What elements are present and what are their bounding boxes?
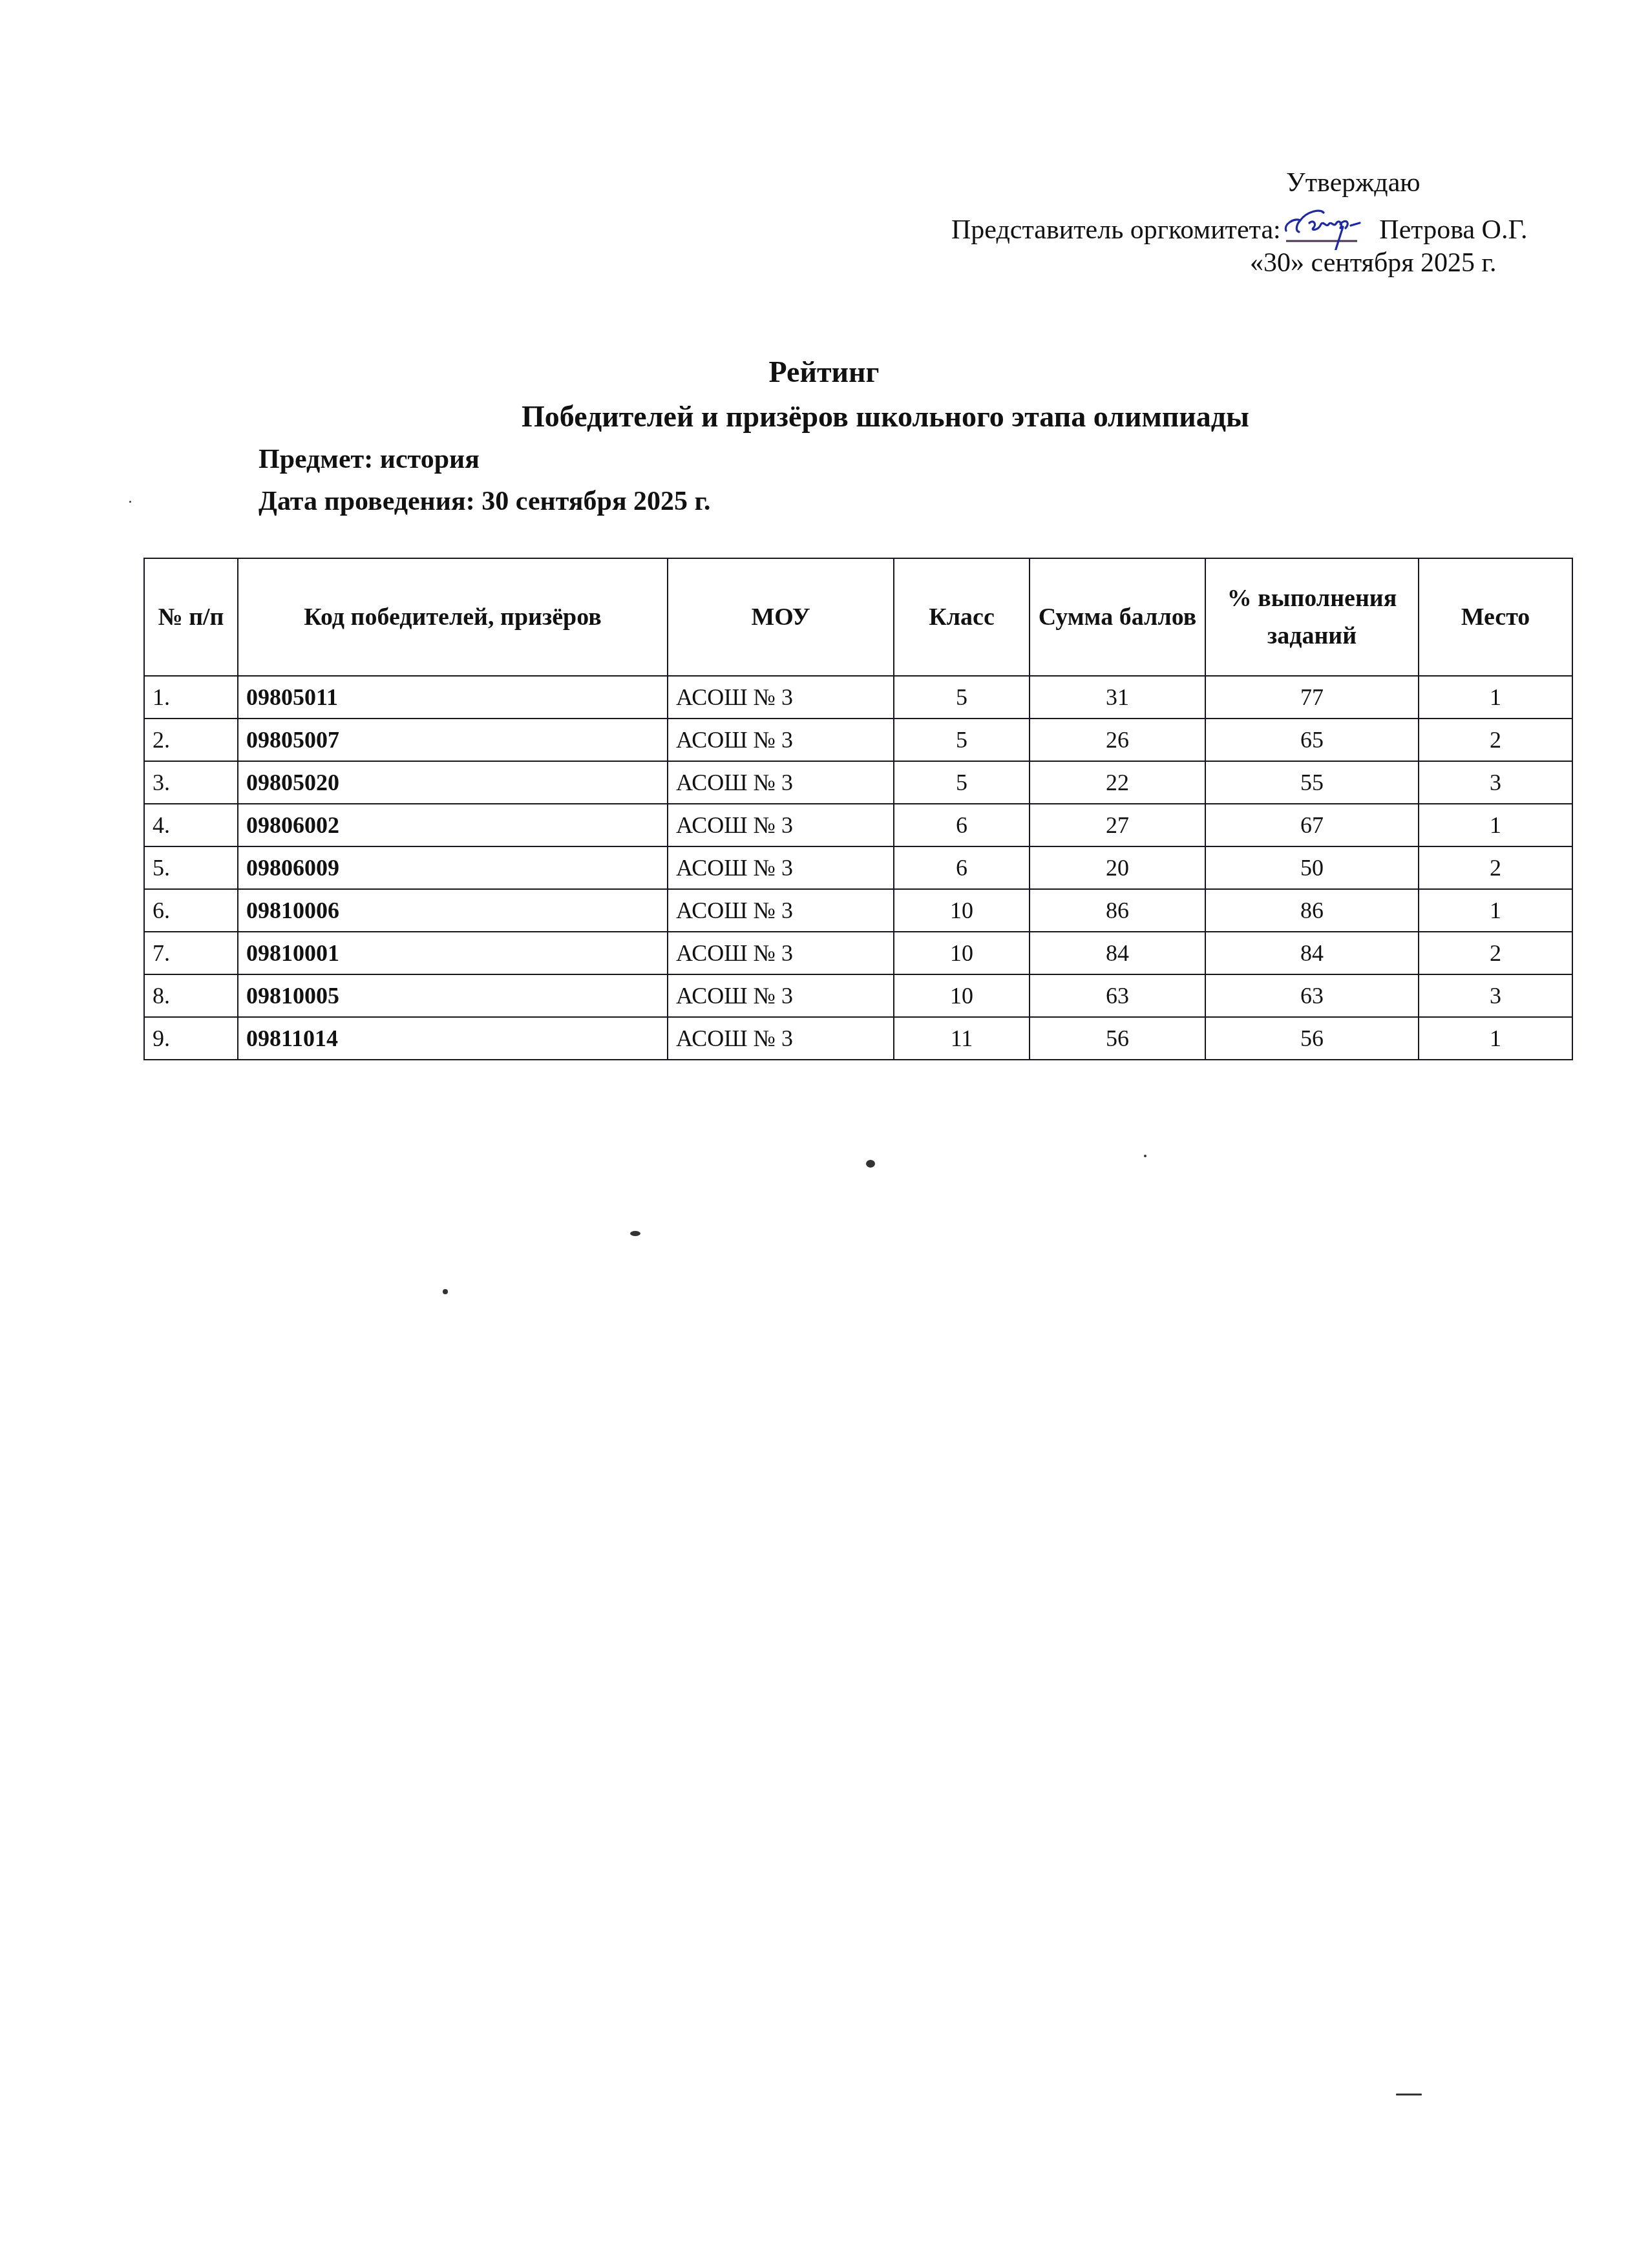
table-cell-grade: 5 xyxy=(894,761,1030,804)
table-row: 8.09810005АСОШ № 31063633 xyxy=(144,974,1572,1017)
approval-title: Утверждаю xyxy=(1286,169,1421,196)
table-cell-place: 2 xyxy=(1419,846,1572,889)
table-cell-code: 09805020 xyxy=(238,761,668,804)
table-cell-place: 1 xyxy=(1419,804,1572,846)
table-cell-score: 27 xyxy=(1030,804,1205,846)
scan-speck xyxy=(443,1289,448,1294)
signature-icon xyxy=(1281,211,1373,238)
representative-label: Представитель оргкомитета: xyxy=(951,215,1281,245)
table-cell-grade: 6 xyxy=(894,846,1030,889)
subject-line: Предмет: история xyxy=(259,446,480,473)
table-cell-place: 1 xyxy=(1419,889,1572,932)
table-cell-grade: 5 xyxy=(894,676,1030,719)
table-cell-grade: 10 xyxy=(894,974,1030,1017)
table-row: 9.09811014АСОШ № 31156561 xyxy=(144,1017,1572,1060)
table-row: 6.09810006АСОШ № 31086861 xyxy=(144,889,1572,932)
table-cell-place: 3 xyxy=(1419,974,1572,1017)
table-cell-percent: 84 xyxy=(1205,932,1419,974)
table-cell-code: 09806009 xyxy=(238,846,668,889)
header-school: МОУ xyxy=(668,558,894,676)
table-cell-school: АСОШ № 3 xyxy=(668,761,894,804)
scan-speck xyxy=(1396,2094,1422,2095)
table-cell-num: 5. xyxy=(144,846,238,889)
header-score: Сумма баллов xyxy=(1030,558,1205,676)
table-cell-code: 09805007 xyxy=(238,719,668,761)
table-cell-num: 8. xyxy=(144,974,238,1017)
scan-speck xyxy=(1144,1155,1146,1157)
table-cell-code: 09810005 xyxy=(238,974,668,1017)
scan-speck xyxy=(129,501,131,503)
table-cell-place: 2 xyxy=(1419,719,1572,761)
table-row: 2.09805007АСОШ № 3526652 xyxy=(144,719,1572,761)
header-percent: % выполнения заданий xyxy=(1205,558,1419,676)
table-row: 3.09805020АСОШ № 3522553 xyxy=(144,761,1572,804)
table-cell-code: 09810001 xyxy=(238,932,668,974)
table-cell-school: АСОШ № 3 xyxy=(668,676,894,719)
table-cell-school: АСОШ № 3 xyxy=(668,974,894,1017)
approval-date: «30» сентября 2025 г. xyxy=(1250,249,1497,277)
scan-speck xyxy=(866,1160,875,1168)
table-header-row: № п/п Код победителей, призёров МОУ Клас… xyxy=(144,558,1572,676)
table-cell-percent: 50 xyxy=(1205,846,1419,889)
document-title: Рейтинг xyxy=(0,357,1648,387)
table-cell-score: 84 xyxy=(1030,932,1205,974)
table-cell-percent: 55 xyxy=(1205,761,1419,804)
table-cell-school: АСОШ № 3 xyxy=(668,889,894,932)
representative-name: Петрова О.Г. xyxy=(1379,215,1527,245)
table-cell-score: 22 xyxy=(1030,761,1205,804)
table-cell-percent: 65 xyxy=(1205,719,1419,761)
table-cell-school: АСОШ № 3 xyxy=(668,846,894,889)
table-cell-num: 1. xyxy=(144,676,238,719)
header-num: № п/п xyxy=(144,558,238,676)
table-row: 1.09805011АСОШ № 3531771 xyxy=(144,676,1572,719)
table-cell-num: 9. xyxy=(144,1017,238,1060)
table-cell-school: АСОШ № 3 xyxy=(668,804,894,846)
document-subtitle: Победителей и призёров школьного этапа о… xyxy=(0,402,1648,432)
table-cell-score: 86 xyxy=(1030,889,1205,932)
table-cell-score: 63 xyxy=(1030,974,1205,1017)
header-grade: Класс xyxy=(894,558,1030,676)
table-cell-code: 09811014 xyxy=(238,1017,668,1060)
table-cell-num: 3. xyxy=(144,761,238,804)
table-cell-grade: 10 xyxy=(894,889,1030,932)
table-cell-grade: 6 xyxy=(894,804,1030,846)
table-cell-num: 6. xyxy=(144,889,238,932)
table-cell-grade: 11 xyxy=(894,1017,1030,1060)
table-cell-num: 7. xyxy=(144,932,238,974)
table-cell-place: 2 xyxy=(1419,932,1572,974)
table-cell-percent: 86 xyxy=(1205,889,1419,932)
table-cell-code: 09810006 xyxy=(238,889,668,932)
table-cell-score: 26 xyxy=(1030,719,1205,761)
table-cell-score: 31 xyxy=(1030,676,1205,719)
table-cell-place: 3 xyxy=(1419,761,1572,804)
scan-speck xyxy=(630,1231,640,1236)
table-cell-grade: 5 xyxy=(894,719,1030,761)
header-place: Место xyxy=(1419,558,1572,676)
table-cell-percent: 77 xyxy=(1205,676,1419,719)
table-cell-percent: 56 xyxy=(1205,1017,1419,1060)
table-cell-school: АСОШ № 3 xyxy=(668,1017,894,1060)
table-cell-num: 4. xyxy=(144,804,238,846)
table-cell-percent: 63 xyxy=(1205,974,1419,1017)
table-cell-place: 1 xyxy=(1419,1017,1572,1060)
table-cell-place: 1 xyxy=(1419,676,1572,719)
table-cell-school: АСОШ № 3 xyxy=(668,932,894,974)
table-cell-percent: 67 xyxy=(1205,804,1419,846)
table-cell-score: 56 xyxy=(1030,1017,1205,1060)
date-line: Дата проведения: 30 сентября 2025 г. xyxy=(259,488,710,515)
table-cell-code: 09806002 xyxy=(238,804,668,846)
table-row: 5.09806009АСОШ № 3620502 xyxy=(144,846,1572,889)
table-cell-score: 20 xyxy=(1030,846,1205,889)
table-cell-school: АСОШ № 3 xyxy=(668,719,894,761)
table-cell-code: 09805011 xyxy=(238,676,668,719)
table-cell-num: 2. xyxy=(144,719,238,761)
table-cell-grade: 10 xyxy=(894,932,1030,974)
table-row: 7.09810001АСОШ № 31084842 xyxy=(144,932,1572,974)
header-code: Код победителей, призёров xyxy=(238,558,668,676)
table-row: 4.09806002АСОШ № 3627671 xyxy=(144,804,1572,846)
approval-representative: Представитель оргкомитета: Петрова О.Г. xyxy=(951,211,1527,244)
rating-table: № п/п Код победителей, призёров МОУ Клас… xyxy=(143,558,1573,1060)
